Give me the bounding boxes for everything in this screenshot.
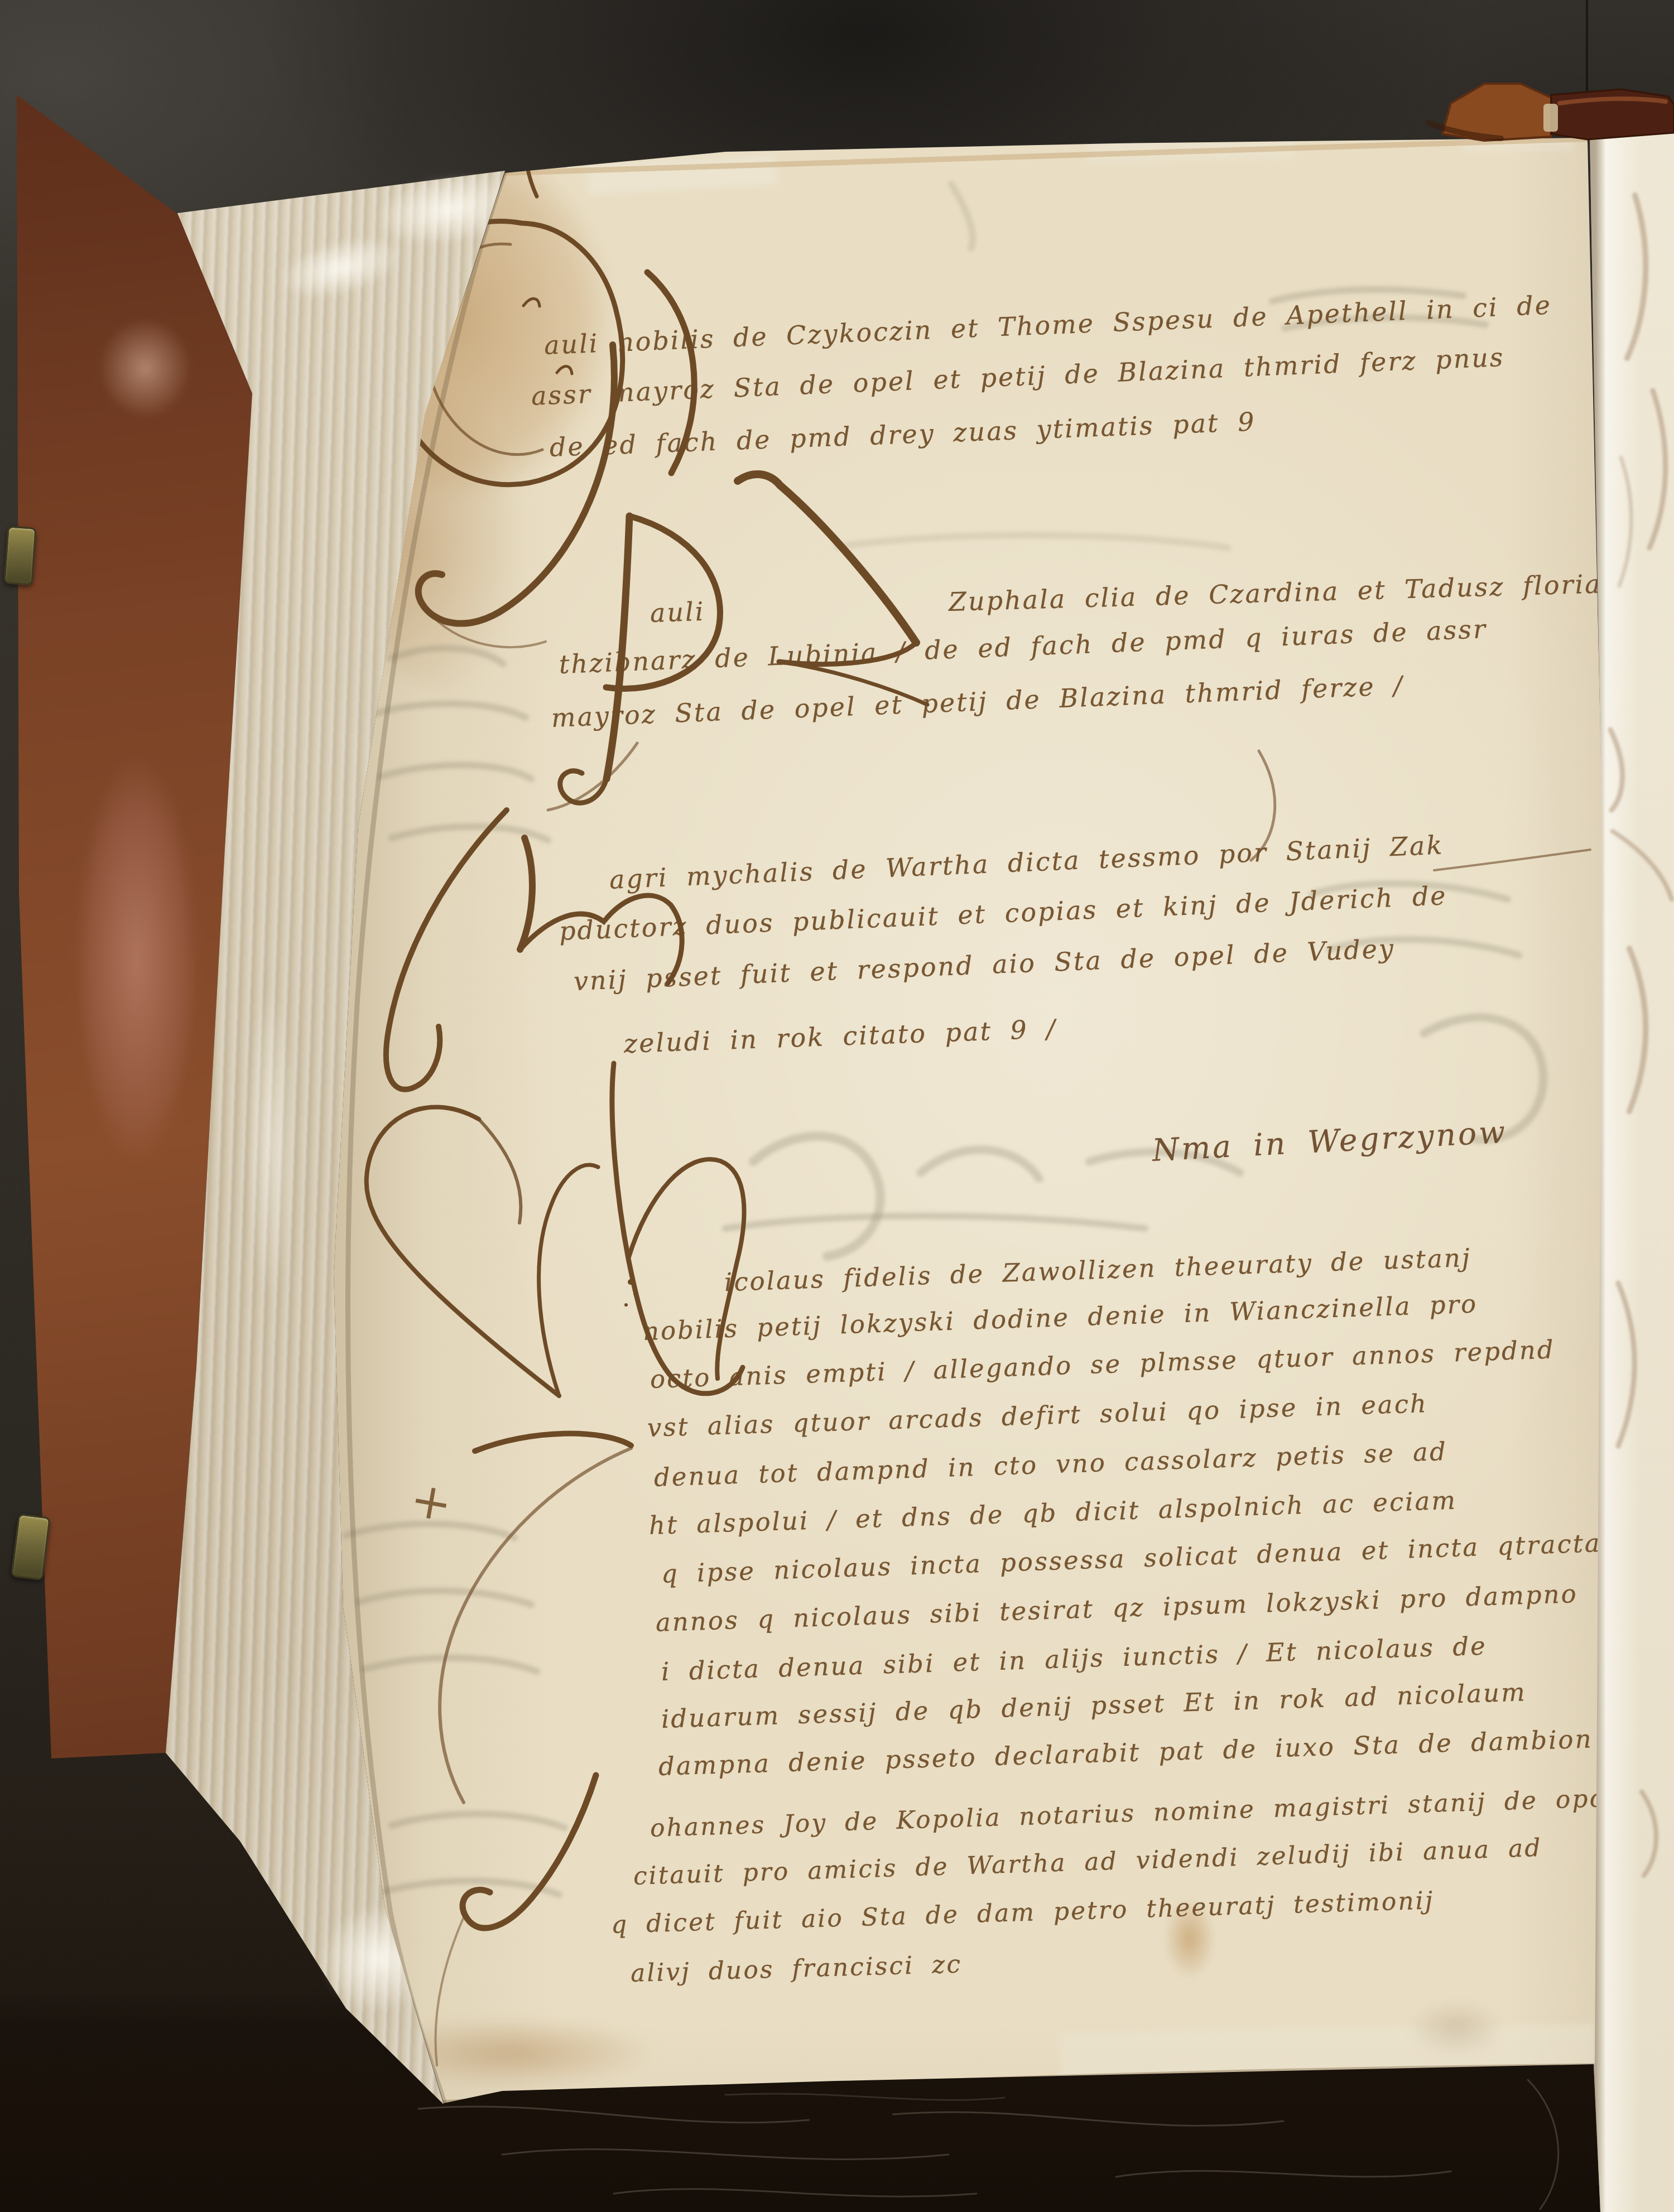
leather-worn-patch bbox=[53, 686, 220, 1233]
clasp-fitting-upper bbox=[3, 526, 36, 585]
page-edge-sheen bbox=[240, 948, 301, 1339]
backing-board-edge bbox=[1586, 0, 1588, 145]
entry-2-line-1a: auli bbox=[650, 596, 705, 628]
leather-worn-patch-small bbox=[84, 301, 206, 435]
manuscript-photo-scene: auli nobilis de Czykoczin et Thome Sspes… bbox=[0, 0, 1674, 2212]
foxing-patch bbox=[1395, 1992, 1518, 2064]
